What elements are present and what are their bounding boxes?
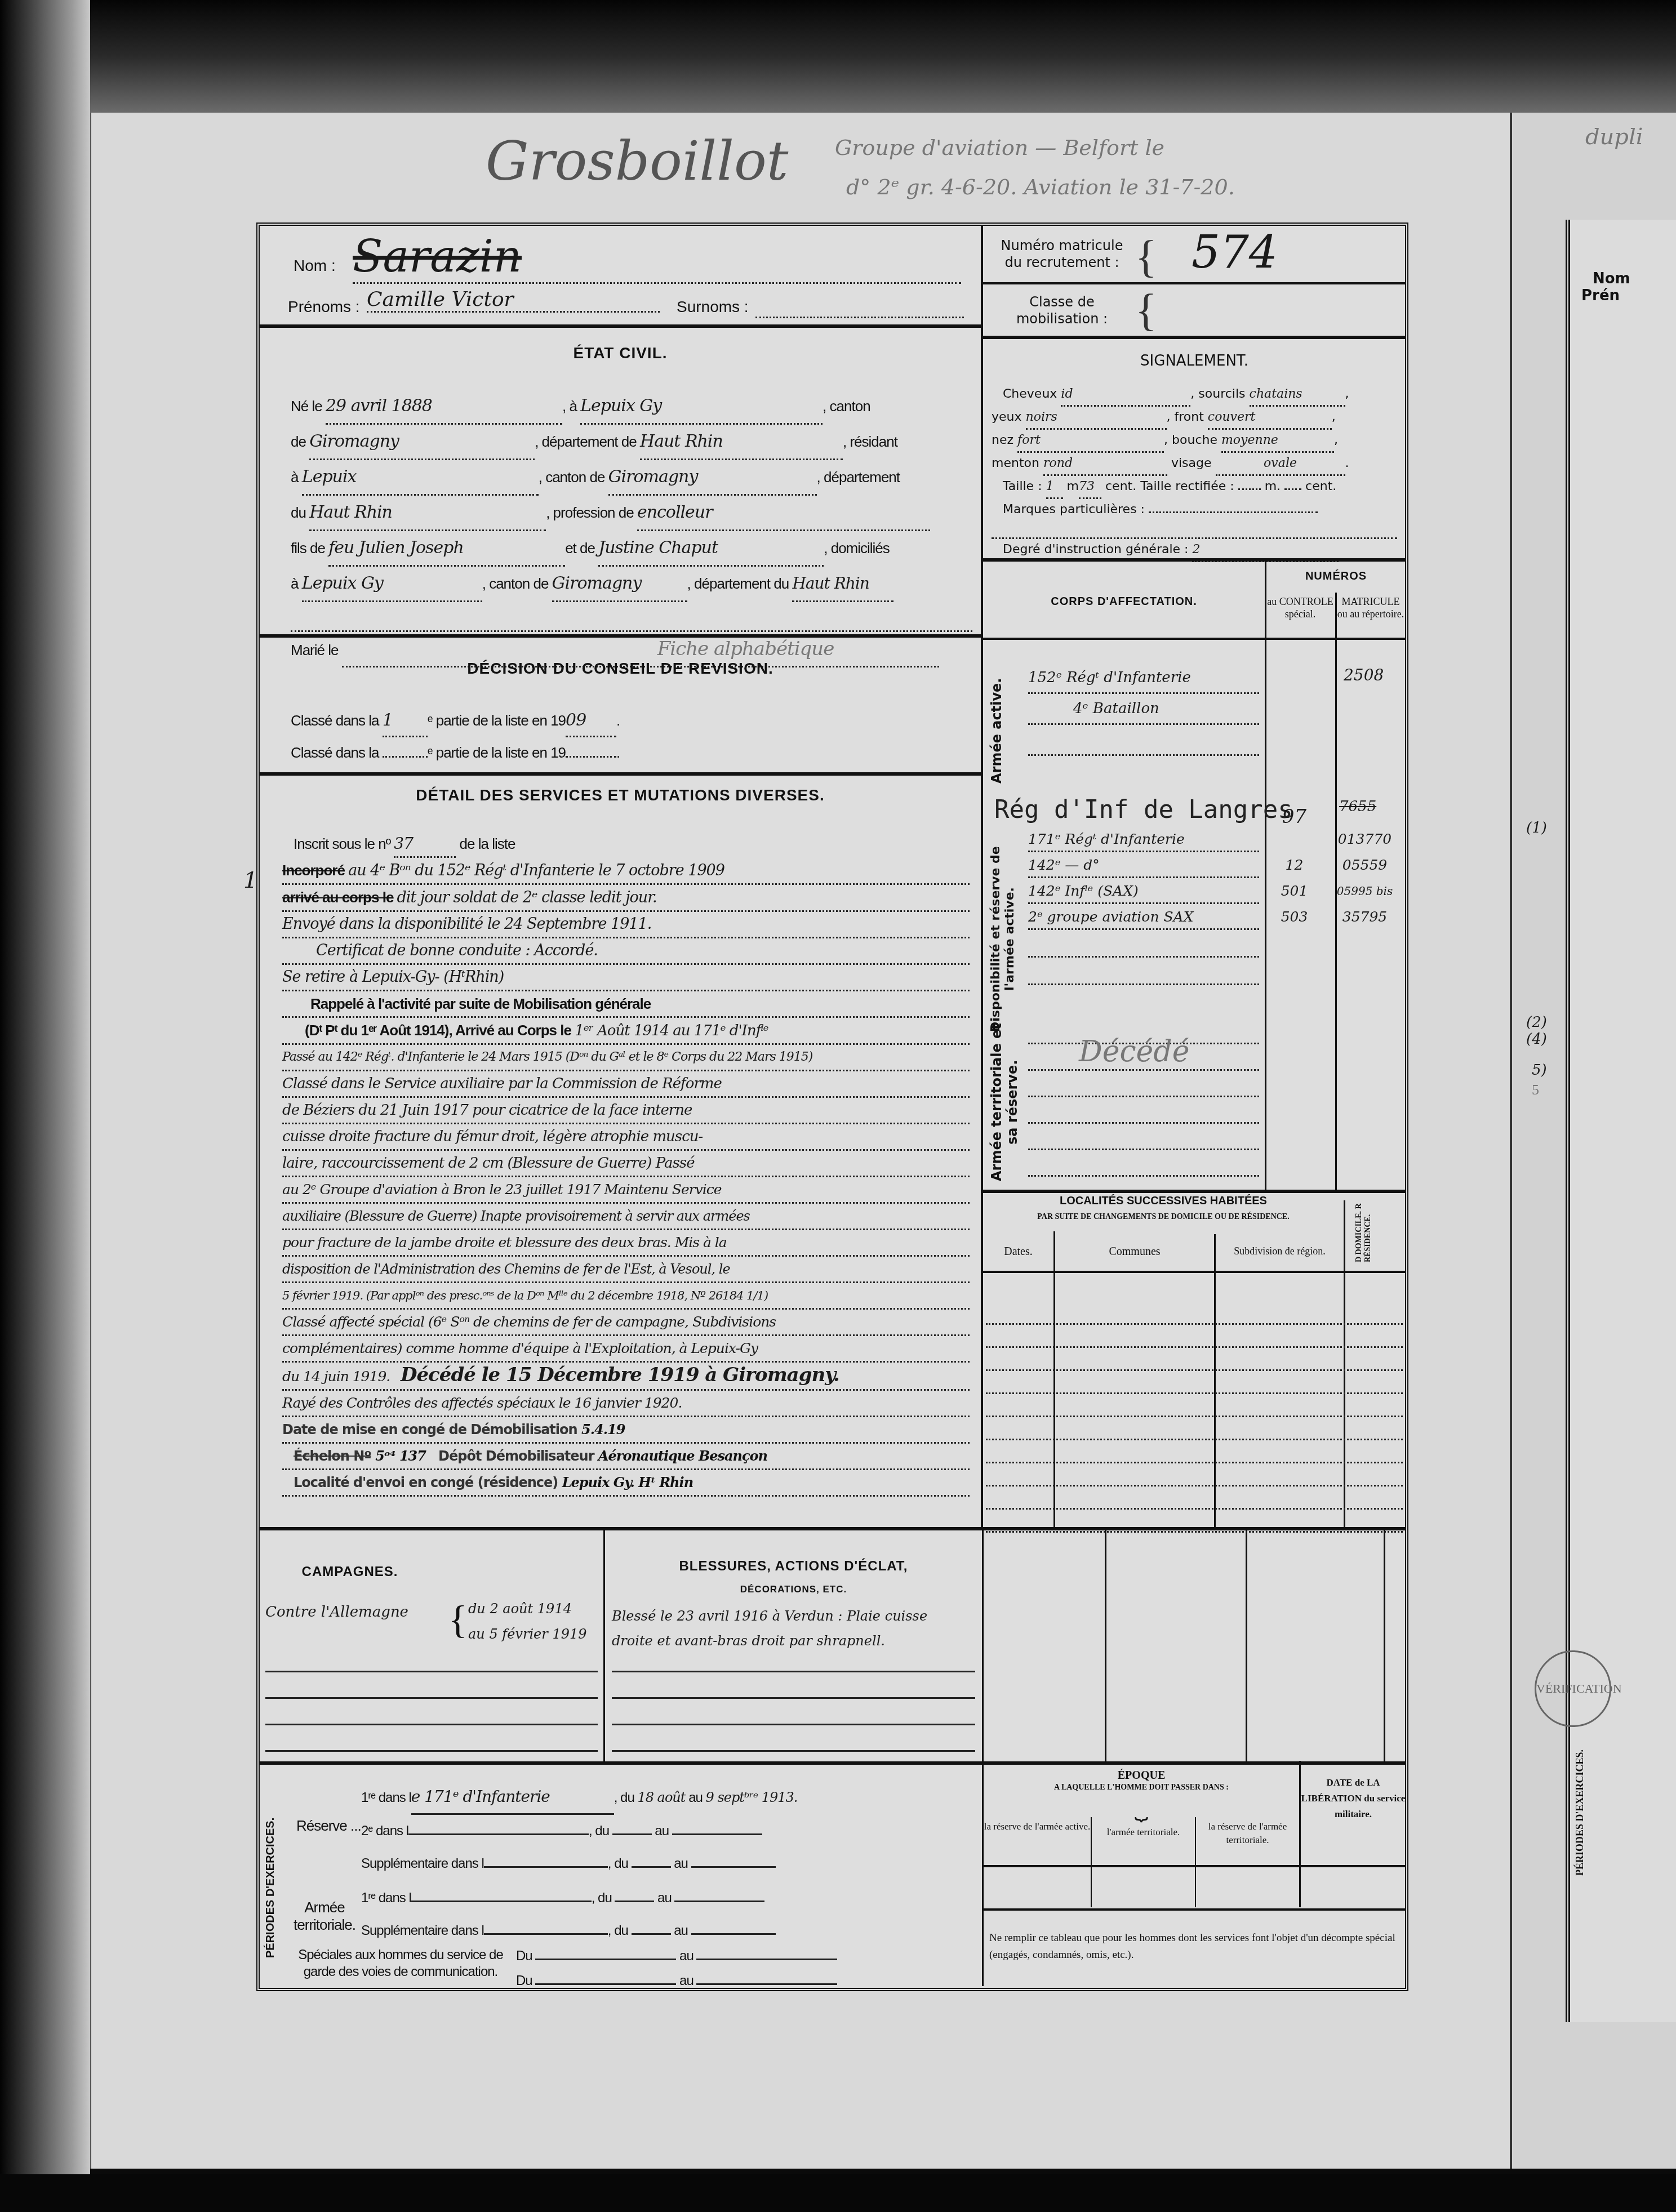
col-dates: Dates.	[983, 1245, 1053, 1258]
corps-cell	[1028, 930, 1259, 958]
territoriale-rows: 1ʳᵉ dans l, du au Supplémentaire dans l,…	[361, 1882, 970, 1947]
campagnes-rows	[265, 1646, 598, 1752]
yeux-field[interactable]: noirs	[1026, 407, 1167, 430]
localite-field[interactable]: Lepuix Gy. Hᵗ Rhin	[562, 1474, 693, 1490]
matricule-cell: 05995 bis	[1330, 878, 1400, 904]
sourcils-label: , sourcils	[1190, 387, 1245, 401]
au-label: au	[679, 1973, 693, 1988]
periodes-section: PÉRIODES D'EXERCICES. Réserve ... 1ʳᵉ da…	[260, 1761, 1406, 1986]
partie-label-2: ᵉ partie de la liste en 19	[428, 744, 566, 761]
resident-dept-field[interactable]: Haut Rhin	[309, 496, 546, 531]
et-de-label: et de	[565, 540, 595, 557]
narrative-line: de Béziers du 21 Juin 1917 pour cicatric…	[282, 1098, 970, 1124]
speciales-1-du[interactable]	[535, 1959, 676, 1960]
reserve-supp-du[interactable]	[632, 1866, 671, 1868]
brace-icon: {	[1135, 232, 1157, 283]
dispo-rows: 171ᵉ Régᵗ d'Infanterie97013770 142ᵉ — d°…	[1028, 826, 1406, 985]
narrative-line: Classé dans le Service auxiliaire par la…	[282, 1071, 970, 1098]
dom-canton-label: , canton de	[482, 575, 549, 592]
adjacent-margin-ref: (4)	[1526, 1031, 1547, 1048]
localites-title: LOCALITÉS SUCCESSIVES HABITÉES	[983, 1195, 1344, 1208]
brace-icon: ⏟	[984, 1795, 1299, 1821]
margin-note-1: Groupe d'aviation — Belfort le	[835, 135, 1164, 160]
table-row	[986, 1417, 1403, 1440]
du-label: , du	[614, 1790, 634, 1805]
corps-cell: 142ᵉ — d°	[1028, 852, 1259, 878]
pere-field[interactable]: feu Julien Joseph	[328, 531, 565, 567]
header-divider	[984, 1865, 1406, 1867]
etat-civil-title: ÉTAT CIVIL.	[260, 344, 981, 362]
verification-stamp: VÉRIFICATION	[1535, 1650, 1611, 1727]
epoque-subtitle: A LAQUELLE L'HOMME DOIT PASSER DANS :	[984, 1783, 1299, 1792]
corps-affectation-table: CORPS D'AFFECTATION. NUMÉROS au CONTROLE…	[983, 558, 1406, 1193]
scan-background-bottom	[0, 2174, 1676, 2212]
col-domicile-residence: D DOMICILE. R RÉSIDENCE.	[1355, 1200, 1373, 1262]
adjacent-page: dupli Nom Prén (1) (2) (4) 5) 5 VÉRIFICA…	[1510, 113, 1676, 2169]
adjacent-margin-ref: (2)	[1526, 1014, 1547, 1031]
column-divider	[1105, 1530, 1106, 1761]
taille-rect-m-field[interactable]	[1238, 477, 1261, 490]
etat-civil-blank-line	[291, 602, 972, 632]
fils-label: fils de	[291, 540, 325, 557]
territoriale-1-du[interactable]	[615, 1901, 654, 1902]
section-armee-active: Armée active.	[989, 652, 1004, 809]
matricule-cell: 2508	[1344, 666, 1384, 684]
marques-field[interactable]	[1149, 500, 1318, 513]
narrative-line: disposition de l'Administration des Chem…	[282, 1257, 970, 1283]
blessures-title: BLESSURES, ACTIONS D'ÉCLAT,	[606, 1559, 981, 1574]
resident-a-label: à	[291, 469, 298, 486]
du-label: , du	[608, 1856, 628, 1871]
localite-label: Localité d'envoi en congé (résidence)	[294, 1475, 558, 1490]
campagne-au: au 5 février 1919	[468, 1626, 586, 1642]
col-communes: Communes	[1055, 1245, 1214, 1258]
resident-dept-de-label: du	[291, 504, 306, 521]
controle-cell: 501	[1259, 878, 1330, 904]
m-label: m.	[1265, 479, 1281, 493]
epoque-title: ÉPOQUE	[984, 1769, 1299, 1782]
nez-label: nez	[992, 433, 1013, 447]
marques-label: Marques particulières :	[1003, 502, 1145, 517]
controle-cell: 12	[1259, 852, 1330, 878]
dp-label: (Dᵗ Pᵗ du 1ᵉʳ Août 1914), Arrivé au Corp…	[305, 1022, 571, 1039]
signalement-lines: Cheveux id, sourcils chatains, yeux noir…	[992, 384, 1397, 562]
echelon-label: Échelon Nº	[294, 1448, 371, 1464]
registration-form: Nom : Sarazin Prénoms : Camille Victor S…	[256, 222, 1408, 1991]
cheveux-label: Cheveux	[1003, 387, 1057, 401]
classe-label-2: Classé dans la	[291, 744, 379, 761]
depot-label: Dépôt Démobilisateur	[438, 1448, 594, 1464]
rappele-label: Rappelé à l'activité par suite de Mobili…	[282, 991, 970, 1018]
matricule-cell: 05559	[1330, 852, 1400, 878]
arrive-label: arrivé au corps le	[282, 889, 393, 906]
signalement-section: SIGNALEMENT. Cheveux id, sourcils chatai…	[983, 339, 1406, 558]
taille-label: Taille :	[1003, 479, 1042, 493]
echelon-field[interactable]: 5ᵒ⁴ 137	[375, 1448, 426, 1464]
blessures-subtitle: DÉCORATIONS, ETC.	[606, 1584, 981, 1595]
territoriale-supp-du[interactable]	[632, 1933, 671, 1935]
sourcils-field[interactable]: chatains	[1250, 384, 1345, 407]
classe-label-1: Classé dans la	[291, 712, 379, 729]
cent-label: cent.	[1105, 479, 1136, 493]
surnoms-label: Surnoms :	[677, 298, 749, 316]
corps-cell: 2ᵉ groupe aviation SAX	[1028, 904, 1259, 930]
col-controle: au CONTROLE spécial.	[1266, 595, 1334, 620]
table-row	[986, 1486, 1403, 1510]
service-line: Envoyé dans la disponibilité le 24 Septe…	[282, 912, 970, 938]
territoriale-1-label: 1ʳᵉ dans l	[361, 1890, 411, 1906]
active-rows: 152ᵉ Régᵗ d'Infanterie 4ᵉ Bataillon	[1028, 663, 1259, 756]
identity-section: Nom : Sarazin Prénoms : Camille Victor S…	[260, 226, 981, 328]
reserve-label: Réserve ...	[296, 1817, 361, 1835]
territoriale-1-corps[interactable]	[411, 1901, 592, 1902]
degre-label: Degré d'instruction générale :	[1003, 542, 1188, 557]
localites-rows	[986, 1302, 1403, 1533]
prenoms-label: Prénoms :	[288, 298, 360, 316]
marques-continuation	[992, 520, 1397, 539]
numeros-title: NUMÉROS	[1266, 570, 1406, 583]
menton-label: menton	[992, 456, 1039, 470]
epoque-col-territoriale: l'armée territoriale.	[1092, 1826, 1195, 1839]
col-subdivision: Subdivision de région.	[1216, 1245, 1344, 1257]
narrative-line: Passé au 142ᵉ Régᵗ. d'Infanterie le 24 M…	[282, 1045, 970, 1071]
m-label: m	[1067, 479, 1079, 493]
corps-affectation-title: CORPS D'AFFECTATION.	[983, 595, 1265, 608]
bouche-label: , bouche	[1164, 433, 1217, 447]
epoque-col-reserve-active: la réserve de l'armée active.	[984, 1820, 1091, 1833]
column-divider	[1384, 1530, 1385, 1761]
du-label: Du	[516, 1948, 532, 1964]
numero-field[interactable]: 574	[1192, 226, 1278, 278]
narrative-line: Classé affecté spécial (6ᵉ Sᵒⁿ de chemin…	[282, 1310, 970, 1336]
narrative-line: pour fracture de la jambe droite et bles…	[282, 1230, 970, 1257]
reserve-2-du[interactable]	[612, 1833, 652, 1835]
au-label: au	[657, 1890, 672, 1906]
reserve-1-au[interactable]: 9 septᵇʳᵉ 1913.	[706, 1790, 798, 1805]
territoriale-supp-label: Supplémentaire dans l	[361, 1923, 484, 1938]
a-label: , à	[562, 398, 577, 415]
inscrit-label: Inscrit sous le nº	[294, 835, 390, 852]
campagnes-title: CAMPAGNES.	[260, 1564, 440, 1580]
table-row	[986, 1325, 1403, 1348]
au-label: au	[688, 1790, 703, 1805]
adjacent-prenoms-label: Prén	[1581, 287, 1620, 304]
de-la-liste-label: de la liste	[460, 835, 515, 852]
services-title: DÉTAIL DES SERVICES ET MUTATIONS DIVERSE…	[260, 786, 981, 804]
corps-cell	[1028, 958, 1259, 985]
taille-rectifiee-label: Taille rectifiée :	[1140, 479, 1234, 493]
au-label: au	[679, 1948, 693, 1964]
demob-field[interactable]: 5.4.19	[581, 1421, 625, 1437]
table-row	[986, 1371, 1403, 1394]
book-spine-edge	[0, 0, 90, 2212]
narrative-line: du 14 juin 1919.	[282, 1368, 390, 1385]
reserve-2-label: 2ᵉ dans l	[361, 1823, 408, 1839]
year-field-2[interactable]	[566, 739, 616, 758]
adjacent-margin-ref: 5	[1532, 1081, 1539, 1098]
yeux-label: yeux	[992, 410, 1022, 424]
matricule-section: Numéro matricule du recrutement : { 574 …	[983, 226, 1406, 339]
bouche-field[interactable]: moyenne	[1221, 430, 1334, 453]
margin-marker: 1	[243, 867, 257, 893]
territoriale-label: Armée territoriale.	[291, 1899, 358, 1934]
conseil-revision-lines: Classé dans la 1ᵉ partie de la liste en …	[291, 705, 620, 768]
speciales-1-au[interactable]	[696, 1959, 837, 1960]
header-divider	[983, 1271, 1406, 1273]
divider	[984, 1908, 1406, 1911]
cheveux-field[interactable]: id	[1061, 384, 1190, 407]
deces-entry: Décédé le 15 Décembre 1919 à Giromagny.	[401, 1364, 839, 1386]
reserve-supp-au[interactable]	[691, 1866, 776, 1868]
nom-field[interactable]: Sarazin	[353, 232, 961, 284]
ne-le-label: Né le	[291, 398, 322, 415]
table-row	[986, 1440, 1403, 1463]
speciales-label: Spéciales aux hommes du service de garde…	[294, 1947, 508, 1980]
front-field[interactable]: couvert	[1208, 407, 1332, 430]
epoque-table: ÉPOQUE A LAQUELLE L'HOMME DOIT PASSER DA…	[984, 1761, 1406, 1986]
margin-note-2: d° 2ᵉ gr. 4-6-20. Aviation le 31-7-20.	[846, 175, 1235, 199]
service-line: Se retire à Lepuix-Gy- (HᵗRhin)	[282, 965, 970, 991]
reserve-rows: 1ʳᵉ dans le 171ᵉ d'Infanterie, du 18 aoû…	[361, 1781, 970, 1880]
campagnes-blessures-section: CAMPAGNES. Contre l'Allemagne { du 2 aoû…	[260, 1527, 1406, 1765]
speciales-rows: Du au Du au	[516, 1944, 837, 1993]
classe-label: Classe de mobilisation :	[994, 293, 1130, 327]
blessures-rows	[612, 1646, 975, 1752]
canton-field[interactable]: Giromagny	[309, 425, 535, 460]
du-label: , du	[608, 1923, 628, 1938]
speciales-2-du[interactable]	[535, 1983, 676, 1985]
residence-field[interactable]: Lepuix	[302, 460, 539, 496]
localites-subtitle: PAR SUITE DE CHANGEMENTS DE DOMICILE OU …	[983, 1213, 1344, 1222]
col-matricule: MATRICULE ou au répertoire.	[1337, 595, 1404, 620]
canton-de-label: de	[291, 433, 306, 450]
table-row	[986, 1348, 1403, 1371]
narrative-line: 5 février 1919. (Par applᵒⁿ des presc.ᵒⁿ…	[282, 1283, 970, 1310]
numero-label: Numéro matricule du recrutement :	[994, 237, 1130, 271]
lieu-naissance-field[interactable]: Lepuix Gy	[580, 389, 823, 425]
reserve-1-du[interactable]: 18 août	[637, 1790, 685, 1805]
mere-field[interactable]: Justine Chaput	[598, 531, 824, 567]
adjacent-nom-label: Nom	[1593, 270, 1630, 287]
corps-cell	[1028, 725, 1259, 756]
front-label: , front	[1167, 410, 1204, 424]
resident-dept-label: , département	[817, 469, 900, 486]
narrative-line: au 2ᵉ Groupe d'aviation à Bron le 23 jui…	[282, 1177, 970, 1204]
territoriale-1-au[interactable]	[674, 1901, 764, 1902]
territoriale-supp-corps[interactable]	[484, 1933, 608, 1935]
depot-field[interactable]: Aéronautique Besançon	[598, 1448, 767, 1464]
speciales-2-au[interactable]	[696, 1983, 837, 1985]
arrive-field[interactable]: dit jour soldat de 2ᵉ classe ledit jour.	[397, 889, 657, 906]
incorpore-field[interactable]: au 4ᵉ Bᵒⁿ du 152ᵉ Régᵗ d'Infanterie le 7…	[348, 862, 724, 879]
taille-cm-field[interactable]: 73	[1079, 476, 1101, 499]
resident-canton-field[interactable]: Giromagny	[608, 460, 817, 496]
brace-icon: {	[1135, 285, 1157, 336]
territoriale-supp-au[interactable]	[691, 1933, 776, 1935]
services-body: Inscrit sous le nº 37 de la liste Incorp…	[282, 831, 970, 1497]
header-divider	[983, 638, 1406, 640]
controle-cell: 97	[1259, 804, 1330, 852]
epoque-col-reserve-territoriale: la réserve de l'armée territoriale.	[1196, 1820, 1299, 1847]
corps-cell: 4ᵉ Bataillon	[1028, 694, 1259, 725]
departement-field[interactable]: Haut Rhin	[640, 425, 843, 460]
matricule-cell-struck: 7655	[1339, 798, 1376, 815]
nom-label: Nom :	[294, 257, 336, 275]
service-line: Certificat de bonne conduite : Accordé.	[282, 938, 970, 965]
visage-label: visage	[1171, 456, 1212, 470]
localites-table: LOCALITÉS SUCCESSIVES HABITÉES PAR SUITE…	[983, 1189, 1406, 1527]
column-divider	[982, 1530, 984, 1761]
resident-canton-label: , canton de	[539, 469, 605, 486]
adjacent-page-note: dupli	[1585, 124, 1643, 150]
raye-entry: Rayé des Contrôles des affectés spéciaux…	[282, 1391, 970, 1417]
domicilies-label: , domiciliés	[824, 540, 890, 557]
corps-cell: 152ᵉ Régᵗ d'Infanterie	[1028, 663, 1259, 694]
column-divider	[1246, 1530, 1247, 1761]
inscrit-field[interactable]: 37	[394, 831, 456, 858]
du-label: , du	[592, 1890, 612, 1906]
menton-field[interactable]: rond	[1043, 453, 1167, 476]
etat-civil-section: ÉTAT CIVIL. Né le 29 avril 1888, à Lepui…	[260, 327, 981, 638]
adjacent-periodes-label: PÉRIODES D'EXERCICES.	[1574, 1746, 1586, 1876]
epoque-note: Ne remplir ce tableau que pour les homme…	[989, 1930, 1401, 1964]
section-territoriale: Armée territoriale et sa réserve.	[989, 1018, 1020, 1187]
canton-label: , canton	[823, 398, 870, 415]
surnoms-field[interactable]	[755, 296, 964, 318]
corps-cell: 171ᵉ Régᵗ d'Infanterie	[1028, 826, 1259, 852]
resident-label: , résidant	[843, 433, 897, 450]
classe-field[interactable]	[1192, 293, 1383, 322]
taille-m-field[interactable]: 1	[1046, 476, 1063, 499]
controle-cell: 503	[1259, 904, 1330, 930]
epoque-col-liberation: DATE de LA LIBÉRATION du service militai…	[1301, 1775, 1406, 1822]
campagne-lieu: Contre l'Allemagne	[265, 1604, 408, 1621]
corps-cell: 142ᵉ Infⁱᵉ (SAX)	[1028, 878, 1259, 904]
campagne-du: du 2 août 1914	[468, 1601, 572, 1617]
etat-civil-lines: Né le 29 avril 1888, à Lepuix Gy, canton…	[291, 389, 972, 667]
divider	[983, 282, 1406, 284]
table-row	[986, 1394, 1403, 1417]
domicile-field[interactable]: Lepuix Gy	[302, 567, 482, 602]
narrative-line: laire, raccourcissement de 2 cm (Blessur…	[282, 1151, 970, 1177]
periodes-title: PÉRIODES D'EXERCICES.	[264, 1806, 277, 1969]
nez-field[interactable]: fort	[1017, 430, 1164, 453]
narrative-line: cuisse droite fracture du fémur droit, l…	[282, 1124, 970, 1151]
au-label: au	[674, 1856, 688, 1871]
dom-dept-label: , département du	[687, 575, 789, 592]
territoriale-decede: Décédé	[1079, 1035, 1189, 1069]
dom-a-label: à	[291, 575, 298, 592]
partie-label-1: ᵉ partie de la liste en 19	[428, 712, 566, 729]
conseil-revision-title: DÉCISION DU CONSEIL DE REVISION.	[260, 660, 981, 678]
matricule-cell: 35795	[1330, 904, 1400, 930]
reserve-1-label: 1ʳᵉ dans l	[361, 1790, 411, 1805]
profession-field[interactable]: encolleur	[637, 496, 930, 531]
matricule-cell: 013770	[1330, 826, 1400, 852]
incorpore-label: Incorporé	[282, 862, 345, 879]
year-field-1[interactable]: 09	[566, 705, 616, 737]
adjacent-margin-ref: (1)	[1526, 820, 1547, 836]
reserve-2-au[interactable]	[672, 1833, 762, 1835]
scan-background-top	[0, 0, 1676, 113]
au-label: au	[655, 1823, 669, 1839]
adjacent-margin-ref: 5)	[1532, 1062, 1547, 1079]
conseil-revision-section: DÉCISION DU CONSEIL DE REVISION. Classé …	[260, 637, 981, 776]
dom-dept-field[interactable]: Haut Rhin	[792, 567, 893, 602]
table-row	[986, 1463, 1403, 1486]
regiment-stamp: Rég d'Inf de Langres	[994, 795, 1293, 824]
narrative-line: auxiliaire (Blessure de Guerre) Inapte p…	[282, 1204, 970, 1230]
new-surname-annotation: Grosboillot	[486, 130, 788, 193]
signalement-title: SIGNALEMENT.	[983, 353, 1406, 370]
dp-field[interactable]: 1ᵉʳ Août 1914 au 171ᵉ d'Infⁱᵉ	[575, 1022, 768, 1039]
prenoms-field[interactable]: Camille Victor	[367, 288, 660, 313]
visage-field[interactable]: ovale	[1216, 453, 1345, 476]
reserve-supp-label: Supplémentaire dans l	[361, 1856, 484, 1871]
au-label: au	[674, 1923, 688, 1938]
dom-canton-field[interactable]: Giromagny	[552, 567, 687, 602]
demob-label: Date de mise en congé de Démobilisation	[282, 1422, 577, 1437]
reserve-1-corps[interactable]: e 171ᵉ d'Infanterie	[411, 1781, 614, 1815]
services-section: DÉTAIL DES SERVICES ET MUTATIONS DIVERSE…	[260, 775, 981, 1524]
reserve-supp-corps[interactable]	[484, 1866, 608, 1868]
reserve-2-corps[interactable]	[408, 1833, 589, 1835]
table-row	[986, 1302, 1403, 1325]
partie-field-2[interactable]	[383, 739, 428, 758]
narrative-line: complémentaires) comme homme d'équipe à …	[282, 1336, 970, 1363]
column-divider	[603, 1530, 605, 1761]
profession-label: , profession de	[546, 504, 634, 521]
du-label: , du	[589, 1823, 609, 1839]
partie-field-1[interactable]: 1	[383, 705, 428, 737]
cent-label: cent.	[1305, 479, 1336, 493]
du-label: Du	[516, 1973, 532, 1988]
departement-label: , département de	[535, 433, 637, 450]
taille-rect-cm-field[interactable]	[1284, 477, 1301, 490]
brace-icon: {	[448, 1598, 468, 1643]
ne-le-field[interactable]: 29 avril 1888	[326, 389, 562, 425]
